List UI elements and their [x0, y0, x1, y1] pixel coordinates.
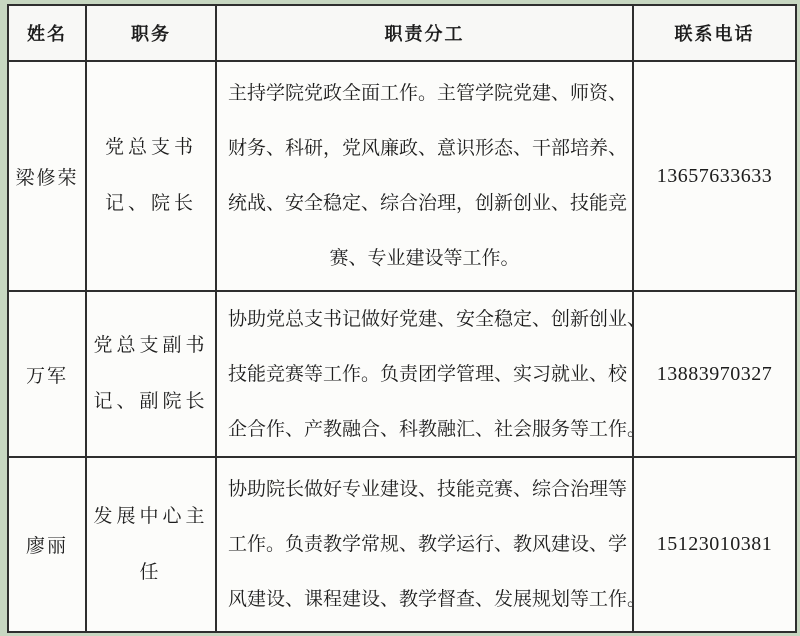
duties-cell: 协助院长做好专业建设、技能竞赛、综合治理等 工作。负责教学常规、教学运行、教风建…	[217, 458, 634, 631]
duty-line: 技能竞赛等工作。负责团学管理、实习就业、校	[228, 347, 621, 402]
duties-cell: 主持学院党政全面工作。主管学院党建、师资、 财务、科研，党风廉政、意识形态、干部…	[217, 62, 634, 292]
position-line: 发展中心主	[93, 489, 208, 545]
position-line: 党总支书	[105, 120, 197, 176]
header-position: 职务	[87, 6, 217, 62]
duty-line: 协助院长做好专业建设、技能竞赛、综合治理等	[228, 462, 621, 517]
duty-line: 主持学院党政全面工作。主管学院党建、师资、	[228, 66, 621, 121]
duty-line: 企合作、产教融合、科教融汇、社会服务等工作。	[228, 402, 621, 457]
position-cell: 党总支副书 记、副院长	[87, 292, 217, 458]
duty-line: 协助党总支书记做好党建、安全稳定、创新创业、	[228, 292, 621, 347]
position-line: 任	[139, 545, 162, 601]
name-cell: 万军	[9, 292, 87, 458]
name-cell: 梁修荣	[9, 62, 87, 292]
position-line: 党总支副书	[93, 318, 208, 374]
name-cell: 廖丽	[9, 458, 87, 631]
header-name: 姓名	[9, 6, 87, 62]
phone-cell: 13657633633	[634, 62, 795, 292]
position-line: 记、院长	[105, 176, 197, 232]
duties-cell: 协助党总支书记做好党建、安全稳定、创新创业、 技能竞赛等工作。负责团学管理、实习…	[217, 292, 634, 458]
position-line: 记、副院长	[93, 374, 208, 430]
duty-line: 风建设、课程建设、教学督查、发展规划等工作。	[228, 572, 621, 627]
duty-line: 赛、专业建设等工作。	[228, 231, 621, 286]
duty-line: 工作。负责教学常规、教学运行、教风建设、学	[228, 517, 621, 572]
staff-duty-table: 姓名 职务 职责分工 联系电话 梁修荣 党总支书 记、院长 主持学院党政全面工作…	[7, 4, 797, 633]
phone-cell: 15123010381	[634, 458, 795, 631]
header-phone: 联系电话	[634, 6, 795, 62]
phone-cell: 13883970327	[634, 292, 795, 458]
header-duties: 职责分工	[217, 6, 634, 62]
duty-line: 财务、科研，党风廉政、意识形态、干部培养、	[228, 121, 621, 176]
position-cell: 发展中心主 任	[87, 458, 217, 631]
duty-line: 统战、安全稳定、综合治理，创新创业、技能竞	[228, 176, 621, 231]
position-cell: 党总支书 记、院长	[87, 62, 217, 292]
